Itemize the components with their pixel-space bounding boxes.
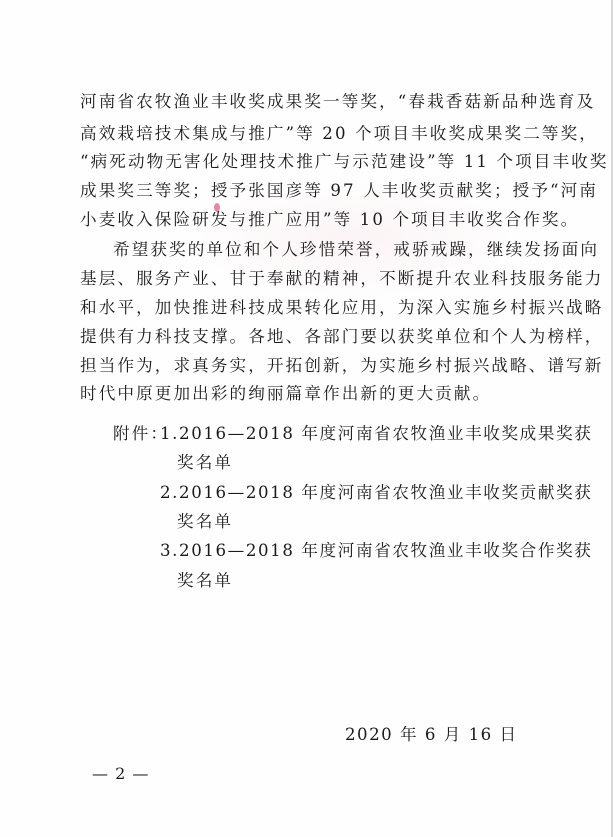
paragraph-1-line-2: 高效栽培技术集成与推广”等 20 个项目丰收奖成果奖二等奖， [80,124,530,144]
paragraph-1-line-4: 成果奖三等奖；授予张国彦等 97 人丰收奖贡献奖；授予“河南 [80,181,530,201]
attachment-2-line-1: 2.2016—2018 年度河南省农牧渔业丰收奖贡献奖获 [160,483,592,503]
paragraph-1-line-1: 河南省农牧渔业丰收奖成果奖一等奖，“春栽香菇新品种选育及 [80,92,530,112]
attachment-1-line-2: 奖名单 [177,453,233,473]
paragraph-1-line-5: 小麦收入保险研发与推广应用”等 10 个项目丰收奖合作奖。 [80,210,530,230]
issue-date: 2020 年 6 月 16 日 [345,721,518,745]
paragraph-2-line-3: 和水平，加快推进科技成果转化应用，为深入实施乡村振兴战略 [80,298,530,318]
paragraph-2-line-2: 基层、服务产业、甘于奉献的精神，不断提升农业科技服务能力 [80,269,530,289]
attachment-2-line-2: 奖名单 [177,512,233,532]
paragraph-2-line-1: 希望获奖的单位和个人珍惜荣誉，戒骄戒躁，继续发扬面向 [113,240,563,260]
paragraph-1-line-3: “病死动物无害化处理技术推广与示范建设”等 11 个项目丰收奖 [80,152,530,172]
attachment-3-line-2: 奖名单 [177,571,233,591]
attachment-1-line-1: 1.2016—2018 年度河南省农牧渔业丰收奖成果奖获 [160,424,592,444]
page-number: — 2 — [92,764,149,783]
attachment-3-line-1: 3.2016—2018 年度河南省农牧渔业丰收奖合作奖获 [160,541,592,561]
document-page: 河南省农牧渔业丰收奖成果奖一等奖，“春栽香菇新品种选育及 高效栽培技术集成与推广… [0,0,613,837]
paragraph-2-line-5: 担当作为，求真务实，开拓创新，为实施乡村振兴战略、谱写新 [80,356,530,376]
paragraph-2-line-4: 提供有力科技支撑。各地、各部门要以获奖单位和个人为榜样， [80,327,530,347]
paragraph-2-line-6: 时代中原更加出彩的绚丽篇章作出新的更大贡献。 [80,384,530,404]
